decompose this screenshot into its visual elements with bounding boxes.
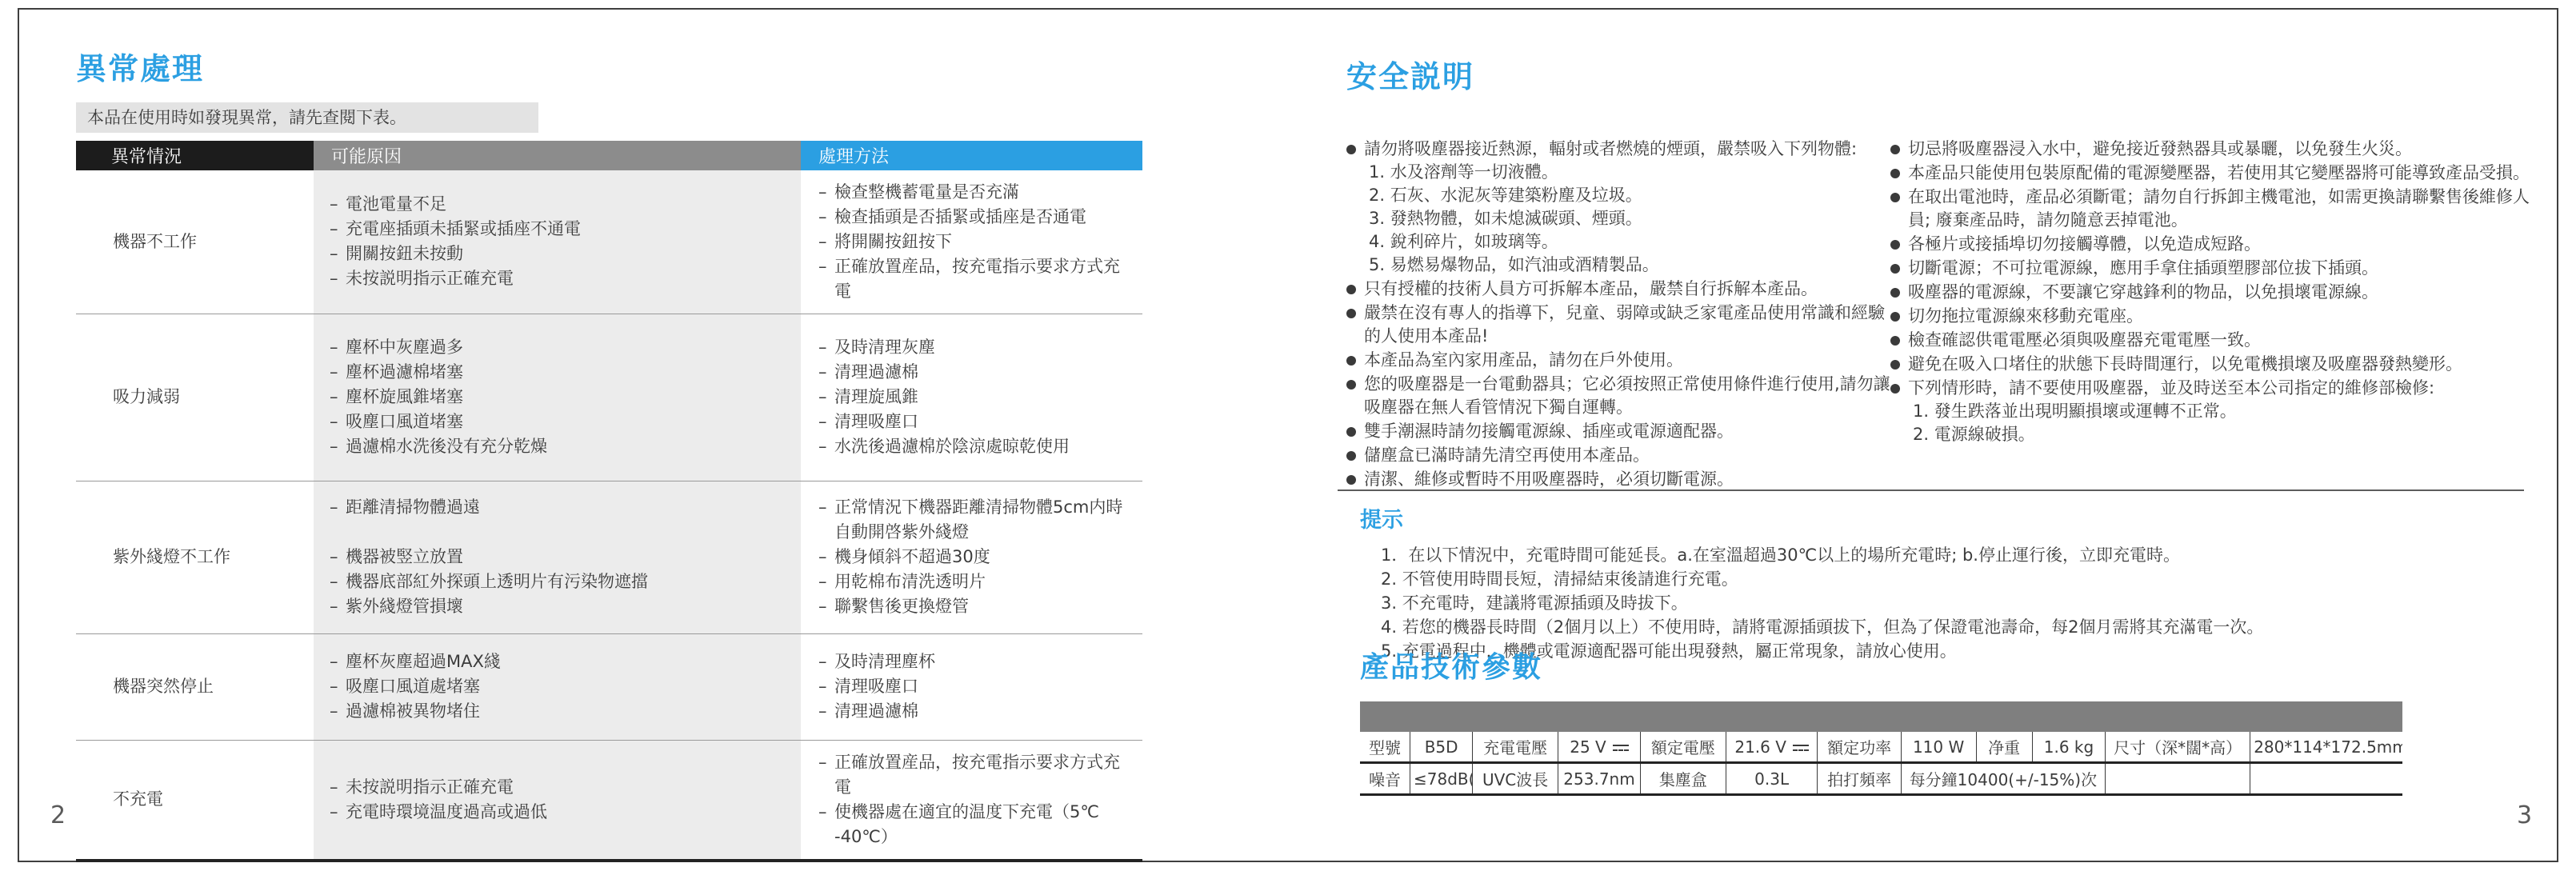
specs-header-band-cell [1360,701,2402,732]
page-troubleshooting: 異常處理 本品在使用時如發現異常，請先查閱下表。 異常情況 可能原因 處理方法 … [76,53,1144,862]
tip-item: 3. 不充電時，建議將電源插頭及時拔下。 [1381,591,2528,615]
tip-item: 1．在以下情況中，充電時間可能延長。a.在室溫超過30℃以上的場所充電時; b.… [1381,543,2528,567]
dash-marker: – [330,800,346,825]
list-item-text: 過濾棉水洗後没有充分乾燥 [346,434,794,459]
spec-cell-empty [2250,763,2402,795]
list-item: –清理吸塵口 [818,410,1136,434]
list-item-text: 塵杯過濾棉堵塞 [346,360,794,385]
list-item-text: 電池電量不足 [346,192,794,217]
safety-item: 本產品為室內家用產品，請勿在戶外使用。 [1346,349,1890,372]
dash-marker: – [818,410,834,434]
safety-item-main: 只有授權的技術人員方可拆解本產品，嚴禁自行拆解本產品。 [1364,278,1890,301]
safety-item: 切斷電源；不可拉電源線，應用手拿住插頭塑膠部位拔下插頭。 [1890,257,2530,280]
dash-marker: – [330,385,346,410]
list-item: –將開關按鈕按下 [818,230,1136,254]
dash-marker: – [330,410,346,434]
safety-item-main: 在取出電池時，產品必須斷電；請勿自行拆卸主機電池，如需更換請聯繫售後維修人員; … [1908,186,2530,232]
spec-cell: 型號 [1360,732,1410,763]
list-item-text: 機器被竪立放置 [346,545,794,569]
safety-sub-item: 2. 石灰、水泥灰等建築粉塵及垃圾。 [1364,184,1890,207]
cause-cell: –距離清掃物體過遠 –機器被竪立放置–機器底部紅外探頭上透明片有污染物遮擋–紫外… [314,481,801,633]
list-item: –紫外綫燈管損壞 [330,594,794,619]
list-item-text: 將開關按鈕按下 [834,230,1136,254]
safety-item-text: 避免在吸入口堵住的狀態下長時間運行，以免電機損壞及吸塵器發熱變形。 [1908,353,2530,376]
dash-marker: – [330,674,346,699]
dash-marker: – [818,230,834,254]
dash-marker: – [818,335,834,360]
list-item: –清理吸塵口 [818,674,1136,699]
list-item: –距離清掃物體過遠 [330,495,794,520]
safety-item: 請勿將吸塵器接近熱源，輻射或者燃燒的煙頭，嚴禁吸入下列物體:1. 水及溶劑等一切… [1346,138,1890,277]
spec-cell: 集塵盒 [1640,763,1726,795]
spec-cell-text: 253.7nm [1563,769,1634,789]
cause-cell: –塵杯中灰塵過多–塵杯過濾棉堵塞–塵杯旋風錐堵塞–吸塵口風道堵塞–過濾棉水洗後没… [314,314,801,481]
list-item-text: 清理旋風錐 [834,385,1136,410]
list-item-text: 吸塵口風道處堵塞 [346,674,794,699]
safety-item-text: 您的吸塵器是一台電動器具；它必須按照正常使用條件進行使用,請勿讓吸塵器在無人看管… [1364,373,1890,419]
safety-item: 雙手潮濕時請勿接觸電源線、插座或電源適配器。 [1346,420,1890,443]
safety-item: 各極片或接插埠切勿接觸導體，以免造成短路。 [1890,233,2530,256]
dash-marker: – [818,254,834,304]
list-item: –機身傾斜不超過30度 [818,545,1136,569]
solution-cell: –正確放置産品，按充電指示要求方式充電–使機器處在適宜的温度下充電（5℃ -40… [801,740,1142,861]
page-safety: 安全説明 請勿將吸塵器接近熱源，輻射或者燃燒的煙頭，嚴禁吸入下列物體:1. 水及… [1346,61,2530,492]
cause-cell: –塵杯灰塵超過MAX綫–吸塵口風道處堵塞–過濾棉被異物堵住 [314,633,801,740]
troubleshooting-subtitle: 本品在使用時如發現異常，請先查閱下表。 [76,102,538,133]
safety-item: 清潔、維修或暫時不用吸塵器時，必須切斷電源。 [1346,468,1890,491]
solution-cell: –檢查整機蓄電量是否充滿–檢查插頭是否插緊或插座是否通電–將開關按鈕按下–正確放… [801,170,1142,314]
dash-marker: – [330,335,346,360]
spec-cell-text: 0.3L [1754,769,1789,789]
list-item: –及時清理灰塵 [818,335,1136,360]
spec-cell-text: 充電電壓 [1483,738,1547,757]
bullet-icon [1346,309,1364,355]
dash-marker: – [818,205,834,230]
dash-marker: – [818,434,834,459]
list-item: –檢查插頭是否插緊或插座是否通電 [818,205,1136,230]
spec-cell-text: 21.6 V [1734,737,1786,757]
spec-cell-text: 1.6 kg [2044,737,2094,757]
list-item: –清理過濾棉 [818,360,1136,385]
safety-item-main: 切忌將吸塵器浸入水中，避免接近發熱器具或暴曬，以免發生火災。 [1908,138,2530,161]
bullet-icon [1890,145,1908,168]
list-item-text: 用乾棉布清洗透明片 [834,569,1136,594]
tip-item: 2. 不管使用時間長短，清掃結束後請進行充電。 [1381,567,2528,591]
list-item-text: 清理過濾棉 [834,360,1136,385]
dash-marker: – [330,266,346,291]
list-item: –檢查整機蓄電量是否充滿 [818,180,1136,205]
spec-cell: 額定電壓 [1640,732,1726,763]
list-item-text: 清理吸塵口 [834,410,1136,434]
bullet-icon [1890,288,1908,311]
list-item: –及時清理塵杯 [818,649,1136,674]
dc-voltage-icon [1613,743,1629,753]
list-item: –塵杯中灰塵過多 [330,335,794,360]
spec-cell-text: 25 V [1570,737,1606,757]
specs-row: 型號B5D充電電壓25 V額定電壓21.6 V額定功率110 W净重1.6 kg… [1360,732,2402,763]
list-item-text: 正確放置産品，按充電指示要求方式充電 [834,750,1136,800]
dash-marker: – [330,775,346,800]
bullet-icon [1346,145,1364,284]
list-item-text: 使機器處在適宜的温度下充電（5℃ -40℃） [834,800,1136,849]
safety-item-main: 您的吸塵器是一台電動器具；它必須按照正常使用條件進行使用,請勿讓吸塵器在無人看管… [1364,373,1890,419]
spec-cell: 拍打頻率 [1818,763,1901,795]
bullet-icon [1346,380,1364,426]
list-item: –機器被竪立放置 [330,545,794,569]
cause-cell: –未按説明指示正確充電–充電時環境温度過高或過低 [314,740,801,861]
issue-cell: 不充電 [76,740,314,861]
dash-marker: – [818,569,834,594]
tip-item: 4. 若您的機器長時間（2個月以上）不使用時，請將電源插頭拔下，但為了保證電池壽… [1381,615,2528,639]
specs-table: 型號B5D充電電壓25 V額定電壓21.6 V額定功率110 W净重1.6 kg… [1360,701,2402,796]
list-item: –過濾棉被異物堵住 [330,699,794,724]
dash-marker: – [330,495,346,520]
safety-item-main: 本產品為室內家用產品，請勿在戶外使用。 [1364,349,1890,372]
safety-title: 安全説明 [1346,61,2530,94]
list-item: –正確放置産品，按充電指示要求方式充電 [818,254,1136,304]
solution-cell: –正常情況下機器距離清掃物體5cm内時自動開啓紫外綫燈–機身傾斜不超過30度–用… [801,481,1142,633]
safety-item-text: 檢查確認供電電壓必須與吸塵器充電電壓一致。 [1908,329,2530,352]
dash-marker: – [330,360,346,385]
list-item: –塵杯旋風錐堵塞 [330,385,794,410]
issue-cell: 吸力減弱 [76,314,314,481]
list-item: –機器底部紅外探頭上透明片有污染物遮擋 [330,569,794,594]
safety-item-main: 避免在吸入口堵住的狀態下長時間運行，以免電機損壞及吸塵器發熱變形。 [1908,353,2530,376]
list-item-text: 機器底部紅外探頭上透明片有污染物遮擋 [346,569,794,594]
bullet-icon [1890,336,1908,359]
dash-marker [330,520,346,545]
list-item-text: 未按説明指示正確充電 [346,775,794,800]
list-item-text: 塵杯旋風錐堵塞 [346,385,794,410]
dash-marker: – [818,674,834,699]
list-item-text: 檢查插頭是否插緊或插座是否通電 [834,205,1136,230]
bullet-icon [1346,451,1364,474]
safety-sub-item: 1. 水及溶劑等一切液體。 [1364,161,1890,184]
list-item-text: 充電時環境温度過高或過低 [346,800,794,825]
list-item: –塵杯灰塵超過MAX綫 [330,649,794,674]
safety-item-text: 本產品為室內家用產品，請勿在戶外使用。 [1364,349,1890,372]
safety-sub-item: 1. 發生跌落並出現明顯損壞或運轉不正常。 [1908,400,2530,423]
spec-cell: 21.6 V [1726,732,1818,763]
bullet-icon [1890,360,1908,383]
spec-cell: UVC波長 [1473,763,1558,795]
dash-marker: – [330,192,346,217]
dash-marker: – [330,217,346,242]
dc-voltage-icon [1793,743,1809,753]
safety-item-text: 切忌將吸塵器浸入水中，避免接近發熱器具或暴曬，以免發生火災。 [1908,138,2530,161]
list-item-text: 清理吸塵口 [834,674,1136,699]
spec-cell-text: UVC波長 [1482,770,1548,789]
safety-item-text: 嚴禁在沒有專人的指導下，兒童、弱障或缺乏家電產品使用常識和經驗的人使用本產品! [1364,302,1890,348]
issue-cell: 紫外綫燈不工作 [76,481,314,633]
spec-cell: B5D [1410,732,1473,763]
dash-marker: – [330,434,346,459]
column-header-issue: 異常情況 [76,141,314,170]
tips-divider [1338,489,2524,491]
solution-cell: –及時清理灰塵–清理過濾棉–清理旋風錐–清理吸塵口–水洗後過濾棉於陰涼處晾乾使用 [801,314,1142,481]
dash-marker: – [818,699,834,724]
page-number-left: 2 [50,801,66,829]
safety-item: 儲塵盒已滿時請先清空再使用本產品。 [1346,444,1890,467]
dash-marker: – [330,699,346,724]
list-item-text: 充電座插頭未插緊或插座不通電 [346,217,794,242]
page-number-right: 3 [2517,801,2532,829]
spec-cell-text: 每分鐘10400(+/-15%)次 [1910,770,2097,789]
list-item-text: 正常情況下機器距離清掃物體5cm内時自動開啓紫外綫燈 [834,495,1136,545]
safety-item-text: 儲塵盒已滿時請先清空再使用本產品。 [1364,444,1890,467]
spec-cell: ≤78dB(A) [1410,763,1473,795]
list-item: –電池電量不足 [330,192,794,217]
safety-item: 檢查確認供電電壓必須與吸塵器充電電壓一致。 [1890,329,2530,352]
safety-item-main: 本產品只能使用包裝原配備的電源變壓器，若使用其它變壓器將可能導致產品受損。 [1908,162,2530,185]
safety-item-text: 切勿拖拉電源線來移動充電座。 [1908,305,2530,328]
dash-marker: – [818,594,834,619]
list-item: –吸塵口風道堵塞 [330,410,794,434]
spec-cell: 充電電壓 [1473,732,1558,763]
spec-cell: 每分鐘10400(+/-15%)次 [1901,763,2105,795]
specs-section: 產品技術參數 型號B5D充電電壓25 V額定電壓21.6 V額定功率110 W净… [1360,645,2528,796]
list-item-text: 紫外綫燈管損壞 [346,594,794,619]
dash-marker: – [818,385,834,410]
safety-item: 切勿拖拉電源線來移動充電座。 [1890,305,2530,328]
spec-cell: 0.3L [1726,763,1818,795]
spec-cell-text: 額定功率 [1827,738,1891,757]
spec-cell-text: 110 W [1913,737,1964,757]
bullet-icon [1890,193,1908,239]
spec-cell: 净重 [1976,732,2032,763]
safety-item: 本產品只能使用包裝原配備的電源變壓器，若使用其它變壓器將可能導致產品受損。 [1890,162,2530,185]
spec-cell: 25 V [1558,732,1641,763]
list-item-text: 未按説明指示正確充電 [346,266,794,291]
list-item-text: 開關按鈕未按動 [346,242,794,266]
dash-marker: – [330,649,346,674]
spec-cell: 1.6 kg [2032,732,2105,763]
table-row: 機器不工作–電池電量不足–充電座插頭未插緊或插座不通電–開關按鈕未按動–未按説明… [76,170,1142,314]
spec-cell-text: 噪音 [1369,770,1401,789]
bullet-icon [1890,312,1908,335]
list-item: –正確放置産品，按充電指示要求方式充電 [818,750,1136,800]
list-item-text: 及時清理灰塵 [834,335,1136,360]
spec-cell-text: 尺寸（深*闊*高） [2114,738,2242,757]
bullet-icon [1890,264,1908,287]
list-item: –清理旋風錐 [818,385,1136,410]
dash-marker: – [330,242,346,266]
list-item-text: 過濾棉被異物堵住 [346,699,794,724]
dash-marker: – [330,594,346,619]
spec-cell-empty [2106,763,2250,795]
safety-sub-item: 4. 銳利碎片，如玻璃等。 [1364,230,1890,254]
bullet-icon [1346,285,1364,308]
list-item-text: 水洗後過濾棉於陰涼處晾乾使用 [834,434,1136,459]
list-item: –充電時環境温度過高或過低 [330,800,794,825]
list-item: –塵杯過濾棉堵塞 [330,360,794,385]
safety-item: 吸塵器的電源線，不要讓它穿越鋒利的物品，以免損壞電源線。 [1890,281,2530,304]
spec-cell: 額定功率 [1818,732,1901,763]
safety-item-main: 清潔、維修或暫時不用吸塵器時，必須切斷電源。 [1364,468,1890,491]
list-item: –水洗後過濾棉於陰涼處晾乾使用 [818,434,1136,459]
safety-item-main: 下列情形時，請不要使用吸塵器，並及時送至本公司指定的維修部檢修: [1908,377,2530,400]
safety-columns: 請勿將吸塵器接近熱源，輻射或者燃燒的煙頭，嚴禁吸入下列物體:1. 水及溶劑等一切… [1346,138,2530,492]
spec-cell-text: ≤78dB(A) [1414,769,1473,789]
table-row: 不充電–未按説明指示正確充電–充電時環境温度過高或過低–正確放置産品，按充電指示… [76,740,1142,861]
list-item: –未按説明指示正確充電 [330,775,794,800]
bullet-icon [1346,475,1364,498]
spec-cell: 253.7nm [1558,763,1641,795]
issue-cell: 機器不工作 [76,170,314,314]
list-item: –未按説明指示正確充電 [330,266,794,291]
specs-header-band [1360,701,2402,732]
dash-marker: – [818,750,834,800]
safety-item-text: 本產品只能使用包裝原配備的電源變壓器，若使用其它變壓器將可能導致產品受損。 [1908,162,2530,185]
safety-sub-item: 2. 電源線破損。 [1908,423,2530,446]
issue-cell: 機器突然停止 [76,633,314,740]
safety-item-text: 各極片或接插埠切勿接觸導體，以免造成短路。 [1908,233,2530,256]
list-item-text: 正確放置産品，按充電指示要求方式充電 [834,254,1136,304]
column-header-cause: 可能原因 [314,141,801,170]
list-item-text: 檢查整機蓄電量是否充滿 [834,180,1136,205]
safety-item-main: 雙手潮濕時請勿接觸電源線、插座或電源適配器。 [1364,420,1890,443]
dash-marker: – [818,800,834,849]
tips-title: 提示 [1360,502,2528,533]
list-item-text: 清理過濾棉 [834,699,1136,724]
safety-item-main: 檢查確認供電電壓必須與吸塵器充電電壓一致。 [1908,329,2530,352]
safety-item-main: 儲塵盒已滿時請先清空再使用本產品。 [1364,444,1890,467]
safety-item: 嚴禁在沒有專人的指導下，兒童、弱障或缺乏家電產品使用常識和經驗的人使用本產品! [1346,302,1890,348]
spec-cell: 110 W [1901,732,1976,763]
list-item-text: 聯繫售後更換燈管 [834,594,1136,619]
safety-item-text: 請勿將吸塵器接近熱源，輻射或者燃燒的煙頭，嚴禁吸入下列物體:1. 水及溶劑等一切… [1364,138,1890,277]
safety-item-text: 吸塵器的電源線，不要讓它穿越鋒利的物品，以免損壞電源線。 [1908,281,2530,304]
safety-item: 避免在吸入口堵住的狀態下長時間運行，以免電機損壞及吸塵器發熱變形。 [1890,353,2530,376]
safety-item: 只有授權的技術人員方可拆解本產品，嚴禁自行拆解本產品。 [1346,278,1890,301]
specs-row: 噪音≤78dB(A)UVC波長253.7nm集塵盒0.3L拍打頻率每分鐘1040… [1360,763,2402,795]
bullet-icon [1890,240,1908,263]
solution-cell: –及時清理塵杯–清理吸塵口–清理過濾棉 [801,633,1142,740]
list-item [330,520,794,545]
safety-column-2: 切忌將吸塵器浸入水中，避免接近發熱器具或暴曬，以免發生火災。本產品只能使用包裝原… [1890,138,2530,492]
safety-item: 您的吸塵器是一台電動器具；它必須按照正常使用條件進行使用,請勿讓吸塵器在無人看管… [1346,373,1890,419]
list-item-text: 塵杯灰塵超過MAX綫 [346,649,794,674]
bullet-icon [1890,169,1908,192]
bullet-icon [1890,384,1908,453]
table-row: 機器突然停止–塵杯灰塵超過MAX綫–吸塵口風道處堵塞–過濾棉被異物堵住–及時清理… [76,633,1142,740]
list-item-text: 吸塵口風道堵塞 [346,410,794,434]
cause-cell: –電池電量不足–充電座插頭未插緊或插座不通電–開關按鈕未按動–未按説明指示正確充… [314,170,801,314]
dash-marker: – [818,360,834,385]
list-item-text: 機身傾斜不超過30度 [834,545,1136,569]
spec-cell-text: 額定電壓 [1651,738,1715,757]
list-item-text [346,520,794,545]
safety-item-main: 嚴禁在沒有專人的指導下，兒童、弱障或缺乏家電產品使用常識和經驗的人使用本產品! [1364,302,1890,348]
spec-cell: 噪音 [1360,763,1410,795]
spec-cell-text: 拍打頻率 [1827,770,1891,789]
tips-section: 提示 1．在以下情況中，充電時間可能延長。a.在室溫超過30℃以上的場所充電時;… [1360,502,2528,663]
safety-item: 切忌將吸塵器浸入水中，避免接近發熱器具或暴曬，以免發生火災。 [1890,138,2530,161]
safety-sub-item: 3. 發熱物體，如未熄滅碳頭、煙頭。 [1364,207,1890,230]
spec-cell: 280*114*172.5mm [2250,732,2402,763]
troubleshooting-table: 異常情況 可能原因 處理方法 機器不工作–電池電量不足–充電座插頭未插緊或插座不… [76,141,1142,862]
list-item: –正常情況下機器距離清掃物體5cm内時自動開啓紫外綫燈 [818,495,1136,545]
safety-item-main: 切勿拖拉電源線來移動充電座。 [1908,305,2530,328]
safety-sub-item: 5. 易燃易爆物品，如汽油或酒精製品。 [1364,254,1890,277]
safety-item-text: 切斷電源；不可拉電源線，應用手拿住插頭塑膠部位拔下插頭。 [1908,257,2530,280]
safety-item-main: 各極片或接插埠切勿接觸導體，以免造成短路。 [1908,233,2530,256]
safety-item-text: 下列情形時，請不要使用吸塵器，並及時送至本公司指定的維修部檢修:1. 發生跌落並… [1908,377,2530,446]
list-item: –用乾棉布清洗透明片 [818,569,1136,594]
spec-cell-text: 集塵盒 [1659,770,1707,789]
list-item-text: 距離清掃物體過遠 [346,495,794,520]
bullet-icon [1346,356,1364,379]
safety-item-main: 切斷電源；不可拉電源線，應用手拿住插頭塑膠部位拔下插頭。 [1908,257,2530,280]
column-header-solution: 處理方法 [801,141,1142,170]
specs-title: 產品技術參數 [1360,645,2528,685]
spec-cell-text: 280*114*172.5mm [2254,737,2402,757]
dash-marker: – [330,569,346,594]
spec-cell: 尺寸（深*闊*高） [2106,732,2250,763]
spec-cell-text: 型號 [1369,738,1401,757]
list-item: –開關按鈕未按動 [330,242,794,266]
safety-column-1: 請勿將吸塵器接近熱源，輻射或者燃燒的煙頭，嚴禁吸入下列物體:1. 水及溶劑等一切… [1346,138,1890,492]
list-item: –過濾棉水洗後没有充分乾燥 [330,434,794,459]
dash-marker: – [330,545,346,569]
safety-item-text: 只有授權的技術人員方可拆解本產品，嚴禁自行拆解本產品。 [1364,278,1890,301]
list-item-text: 及時清理塵杯 [834,649,1136,674]
dash-marker: – [818,180,834,205]
safety-item-text: 在取出電池時，產品必須斷電；請勿自行拆卸主機電池，如需更換請聯繫售後維修人員; … [1908,186,2530,232]
list-item: –聯繫售後更換燈管 [818,594,1136,619]
dash-marker: – [818,495,834,545]
list-item: –清理過濾棉 [818,699,1136,724]
list-item: –使機器處在適宜的温度下充電（5℃ -40℃） [818,800,1136,849]
safety-item: 在取出電池時，產品必須斷電；請勿自行拆卸主機電池，如需更換請聯繫售後維修人員; … [1890,186,2530,232]
safety-item-text: 雙手潮濕時請勿接觸電源線、插座或電源適配器。 [1364,420,1890,443]
troubleshooting-title: 異常處理 [76,53,1144,86]
table-row: 吸力減弱–塵杯中灰塵過多–塵杯過濾棉堵塞–塵杯旋風錐堵塞–吸塵口風道堵塞–過濾棉… [76,314,1142,481]
list-item-text: 塵杯中灰塵過多 [346,335,794,360]
spec-cell-text: B5D [1425,737,1458,757]
bullet-icon [1346,427,1364,450]
dash-marker: – [818,649,834,674]
table-row: 紫外綫燈不工作–距離清掃物體過遠 –機器被竪立放置–機器底部紅外探頭上透明片有污… [76,481,1142,633]
safety-item-main: 請勿將吸塵器接近熱源，輻射或者燃燒的煙頭，嚴禁吸入下列物體: [1364,138,1890,161]
dash-marker: – [818,545,834,569]
spec-cell-text: 净重 [1988,738,2020,757]
list-item: –吸塵口風道處堵塞 [330,674,794,699]
list-item: –充電座插頭未插緊或插座不通電 [330,217,794,242]
safety-item-text: 清潔、維修或暫時不用吸塵器時，必須切斷電源。 [1364,468,1890,491]
safety-item-main: 吸塵器的電源線，不要讓它穿越鋒利的物品，以免損壞電源線。 [1908,281,2530,304]
safety-item: 下列情形時，請不要使用吸塵器，並及時送至本公司指定的維修部檢修:1. 發生跌落並… [1890,377,2530,446]
